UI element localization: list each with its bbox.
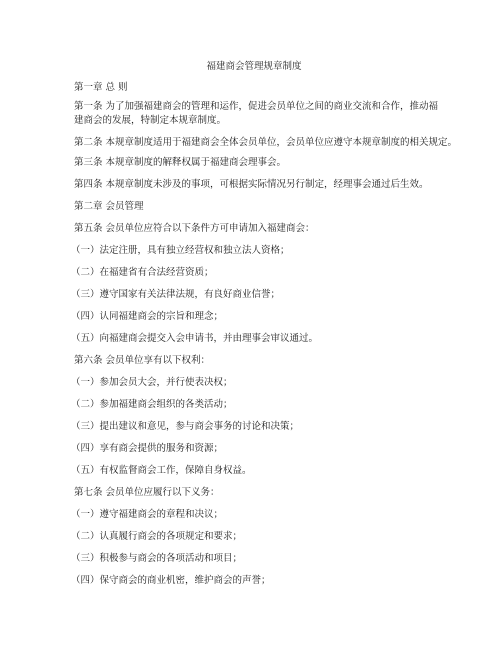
document-title: 福建商会管理规章制度	[74, 61, 434, 73]
article-5-item-5: （五）向福建商会提交入会申请书，并由理事会审议通过。	[71, 332, 318, 346]
article-5-item-3: （三）遵守国家有关法律法规，有良好商业信誉；	[71, 288, 280, 302]
article-6-item-1: （一）参加会员大会，并行使表决权；	[71, 376, 233, 390]
article-5-item-2: （二）在福建省有合法经营资质；	[71, 266, 214, 280]
chapter-heading-1: 第一章 总 则	[74, 81, 128, 95]
article-7-item-4: （四）保守商会的商业机密，维护商会的声誉；	[71, 574, 271, 588]
chapter-heading-2: 第二章 会员管理	[74, 200, 144, 214]
article-4: 第四条 本规章制度未涉及的事项，可根据实际情况另行制定，经理事会通过后生效。	[74, 178, 429, 192]
article-2: 第二条 本规章制度适用于福建商会全体会员单位，会员单位应遵守本规章制度的相关规定…	[74, 136, 457, 150]
article-7: 第七条 会员单位应履行以下义务：	[74, 486, 220, 500]
article-6-item-2: （二）参加福建商会组织的各类活动；	[71, 398, 233, 412]
article-6-item-4: （四）享有商会提供的服务和资源；	[71, 442, 223, 456]
article-5-item-1: （一）法定注册，具有独立经营权和独立法人资格；	[71, 244, 290, 258]
article-3: 第三条 本规章制度的解释权属于福建商会理事会。	[74, 156, 286, 170]
article-7-item-1: （一）遵守福建商会的章程和决议；	[71, 508, 223, 522]
article-1: 第一条 为了加强福建商会的管理和运作，促进会员单位之间的商业交流和合作，推动福建…	[74, 100, 439, 128]
article-6-item-3: （三）提出建议和意见，参与商会事务的讨论和决策；	[71, 420, 299, 434]
article-7-item-3: （三）积极参与商会的各项活动和项目；	[71, 552, 242, 566]
article-5: 第五条 会员单位应符合以下条件方可申请加入福建商会：	[74, 222, 315, 236]
article-7-item-2: （二）认真履行商会的各项规定和要求；	[71, 530, 242, 544]
article-5-item-4: （四）认同福建商会的宗旨和理念；	[71, 310, 223, 324]
article-6-item-5: （五）有权监督商会工作，保障自身权益。	[71, 464, 252, 478]
article-6: 第六条 会员单位享有以下权利：	[74, 354, 210, 368]
